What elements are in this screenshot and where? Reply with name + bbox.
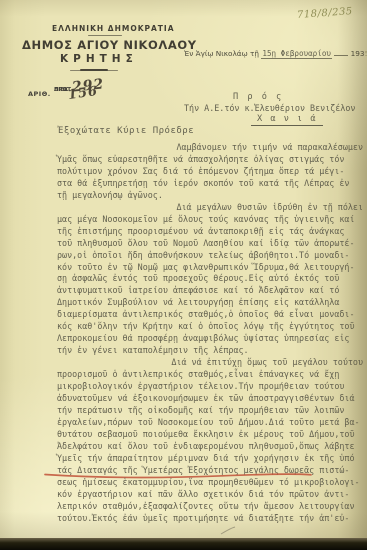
body-line: διαμερίσματα ἀντιλεπρικός σταθμός,ὁ ὁποῖ… [57,309,363,321]
dateline-printed-prefix: Ἐν Ἁγίῳ Νικολάῳ τῇ [184,49,259,58]
body-text: Λαμβάνομεν τήν τιμήν νά παρακαλέσωμενὙμᾶ… [57,142,363,525]
recipient-pros-label: Π ρ ό ς [233,92,283,102]
archive-reference-annotation: 718/8/235 [297,6,353,21]
body-line: Ἀδελφάτου καί ὅλου τοῦ ἐνδιαφερομένου πλ… [57,441,363,453]
dateline: Ἐν Ἁγίῳ Νικολάῳ τῇ 15ῃ Φεβρουαρίου 1935 [184,49,367,58]
body-line: θυτάτου σεβασμοῦ ποιούμεθα ἔκκλησιν ἐκ μ… [57,429,363,441]
body-line: Διά μεγάλων θυσιῶν ἱδρύθη ἐν τῇ πόλει [57,202,363,214]
body-line: σῃ ἀσφαλῶς ἐντός τοῦ προσεχοῦς θέρους.Εἰ… [57,273,363,285]
body-line: μας μέγα Νοσοκομεῖον μέ ὅλους τούς κανόν… [57,214,363,226]
body-line: κόν ἐργαστήριον καί πᾶν ἄλλο σχετικόν δι… [57,489,363,501]
recipient-city: Χ α ν ι ά [251,114,323,126]
body-line: τήν περάτωσιν τῆς οἰκοδομῆς καί τήν προμ… [57,405,363,417]
body-line: τούτου.Ἐκτός ἐάν ὑμεῖς προτιμήσητε νά δι… [57,513,363,525]
body-line: κός καθ'ὅλην τήν Κρήτην καί ὁ ὁποῖος λόγ… [57,321,363,333]
letterhead-state-title: ΕΛΛΗΝΙΚΗ ΔΗΜΟΚΡΑΤΙΑ [52,24,175,33]
letterhead-municipality-title: ΔΗΜΟΣ ΑΓΙΟΥ ΝΙΚΟΛΑΟΥ [22,38,197,52]
dateline-blank-rule [334,55,348,56]
pencil-check-mark [220,526,236,535]
body-line: ρων,οἱ ὁποῖοι ἤδη ἀποθνήσκουν τελείως ἀβ… [57,250,363,262]
scanned-letter-page: 718/8/235 ΕΛΛΗΝΙΚΗ ΔΗΜΟΚΡΑΤΙΑ ΔΗΜΟΣ ΑΓΙΟ… [0,0,367,550]
protocol-label: ΑΡΙΘ. [28,90,51,98]
letterhead-region-title: ΚΡΗΤΗΣ [60,53,138,65]
body-line: τήν ἐν γένει καταπολέμησιν τῆς λέπρας. [57,345,363,357]
letterhead-ornament-rule-thin [70,70,118,71]
body-line: τῇ μεγαλονήσῳ ἀγῶνος. [57,190,363,202]
body-line: λεπρικόν σταθμόν,ἐξασφαλίζοντες οὕτω τήν… [57,501,363,513]
dateline-printed-year: 193 [351,49,365,58]
recipient-name-line: Τήν Α.Ε.τόν κ.Ἐλευθέριον Βενιζέλον [184,103,355,113]
body-line: Ὑμεῖς τήν ἀπαραίτητον μέριμναν διά τήν χ… [57,453,363,465]
body-line: μικροβιολογικόν ἐργαστήριον τέλειον.Τήν … [57,381,363,393]
body-line: Ὑμᾶς ὅπως εὐαρεστηθῆτε νά ἀπασχολήσητε ὀ… [57,154,363,166]
letterhead-rule-top [88,35,122,36]
handwritten-dispatch-number: 156 [67,84,99,103]
dateline-typed-date: 15ῃ Φεβρουαρίου [261,49,332,59]
body-line: ἀδυνατοῦμεν νά ἐξοικονομήσωμεν ἐκ τῶν ἀπ… [57,393,363,405]
body-line: ἐργαλείων,πόρων τοῦ Νοσοκομείου τοῦ Δήμο… [57,417,363,429]
body-line: τοῦ πληθυσμοῦ ὅλου τοῦ Νομοῦ Λασηθίου κα… [57,238,363,250]
body-line: Δημοτικόν Συμβούλιον νά λειτουργήσῃ ἐπίσ… [57,297,363,309]
body-line: τῆς ἐπιστήμης προορισμένου νά ἀνταποκριθ… [57,226,363,238]
body-line: προορισμοῦ ὁ ἀντιλεπρικός σταθμός,εἶναι … [57,369,363,381]
body-line: Λαμβάνομεν τήν τιμήν νά παρακαλέσωμεν [57,142,363,154]
body-line: ἀντιφυματικοῦ ἰατρείου ἀπεφάσισε καί τό … [57,285,363,297]
scan-bottom-edge [0,538,367,550]
salutation: Ἐξοχώτατε Κύριε Πρόεδρε [58,126,194,136]
body-line: πολύτιμον χρόνον Σας διά τό ἑπόμενον ζήτ… [57,166,363,178]
body-line: στα θά ἐξυπηρετήσῃ τόν ἱερόν σκοπόν τοῦ … [57,178,363,190]
body-line: τάς Διαταγάς τῆς Ὑμετέρας Ἐξοχότητος μεγ… [57,465,363,477]
body-line: Λεπροκομείου θά προσφέρῃ ἀναμφιβόλως ὑψί… [57,333,363,345]
body-line: κόν τοῦτο ἐν τῷ Νομῷ μας φιλανθρωπικόν Ἵ… [57,262,363,274]
body-line: Διά νά ἐπιτύχῃ ὅμως τοῦ μεγάλου τούτου [57,357,363,369]
paper-background: 718/8/235 ΕΛΛΗΝΙΚΗ ΔΗΜΟΚΡΑΤΙΑ ΔΗΜΟΣ ΑΓΙΟ… [0,0,367,550]
body-line: σεως ἡμίσεως ἑκατομμυρίου,ἵνα προμηθευθῶ… [57,477,363,489]
